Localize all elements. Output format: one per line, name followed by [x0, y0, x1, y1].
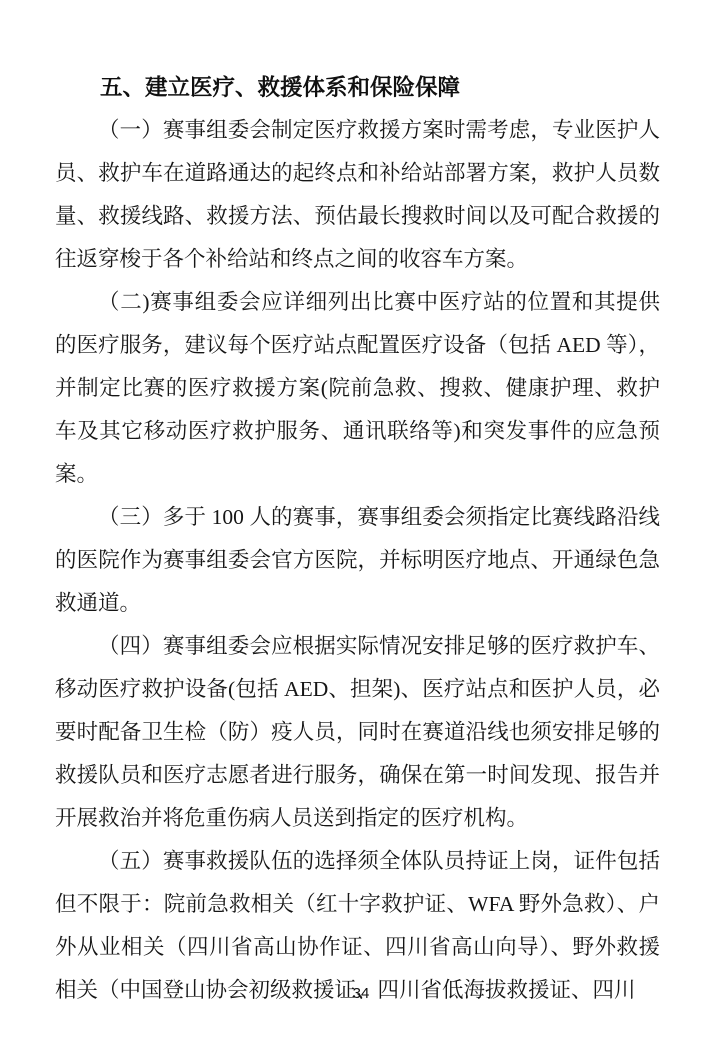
section-heading: 五、建立医疗、救援体系和保险保障: [55, 66, 660, 109]
page-number: 34: [0, 985, 722, 1002]
paragraph-2: （二)赛事组委会应详细列出比赛中医疗站的位置和其提供的医疗服务，建议每个医疗站点…: [55, 281, 660, 496]
document-page: 五、建立医疗、救援体系和保险保障 （一）赛事组委会制定医疗救援方案时需考虑，专业…: [0, 0, 722, 1044]
paragraph-4: （四）赛事组委会应根据实际情况安排足够的医疗救护车、移动医疗救护设备(包括 AE…: [55, 625, 660, 840]
paragraph-1: （一）赛事组委会制定医疗救援方案时需考虑，专业医护人员、救护车在道路通达的起终点…: [55, 109, 660, 281]
paragraph-3: （三）多于 100 人的赛事，赛事组委会须指定比赛线路沿线的医院作为赛事组委会官…: [55, 496, 660, 625]
text-block: 五、建立医疗、救援体系和保险保障 （一）赛事组委会制定医疗救援方案时需考虑，专业…: [55, 66, 660, 1012]
